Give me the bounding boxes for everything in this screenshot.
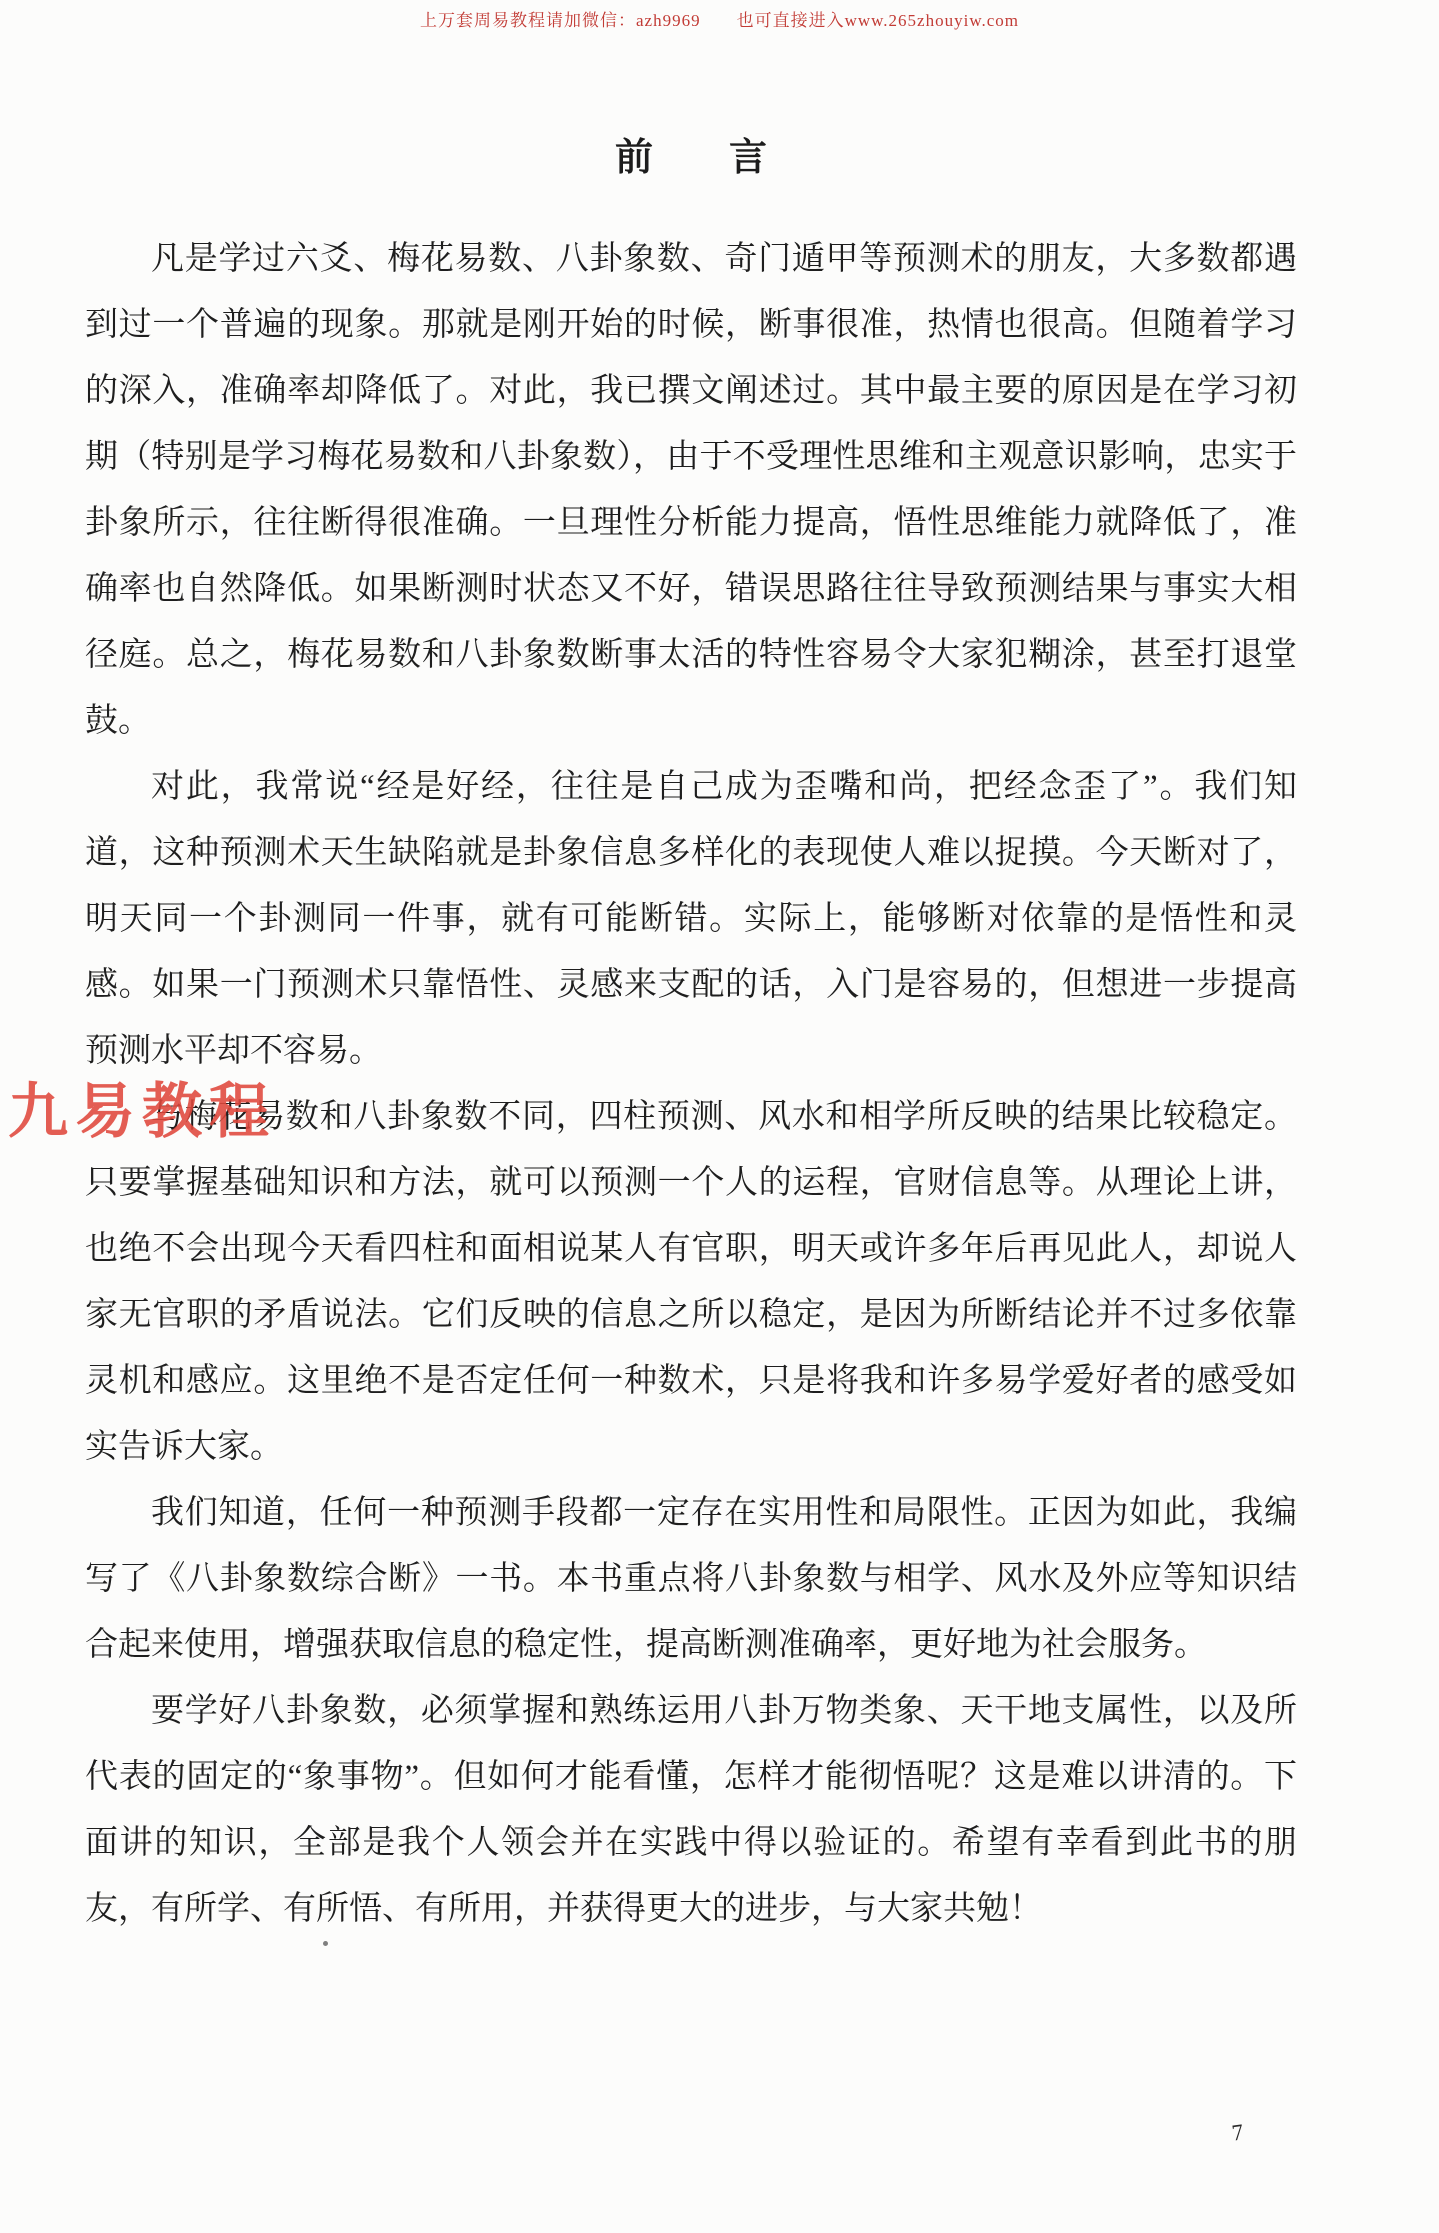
paragraph-1: 凡是学过六爻、梅花易数、八卦象数、奇门遁甲等预测术的朋友，大多数都遇到过一个普遍… bbox=[85, 226, 1297, 754]
scan-artifact-dot bbox=[323, 1941, 328, 1946]
paragraph-5: 要学好八卦象数，必须掌握和熟练运用八卦万物类象、天干地支属性，以及所代表的固定的… bbox=[85, 1678, 1297, 1942]
page-number: 7 bbox=[1230, 2119, 1245, 2146]
promo-header-text: 上万套周易教程请加微信：azh9969 也可直接进入www.265zhouyiw… bbox=[0, 6, 1439, 31]
scanned-page: 上万套周易教程请加微信：azh9969 也可直接进入www.265zhouyiw… bbox=[0, 0, 1439, 2233]
watermark-text: 九易教程 bbox=[8, 1082, 276, 1142]
paragraph-4: 我们知道，任何一种预测手段都一定存在实用性和局限性。正因为如此，我编写了《八卦象… bbox=[85, 1480, 1297, 1678]
page-title: 前 言 bbox=[85, 126, 1297, 181]
paragraph-2: 对此，我常说“经是好经，往往是自己成为歪嘴和尚，把经念歪了”。我们知道，这种预测… bbox=[85, 754, 1297, 1084]
